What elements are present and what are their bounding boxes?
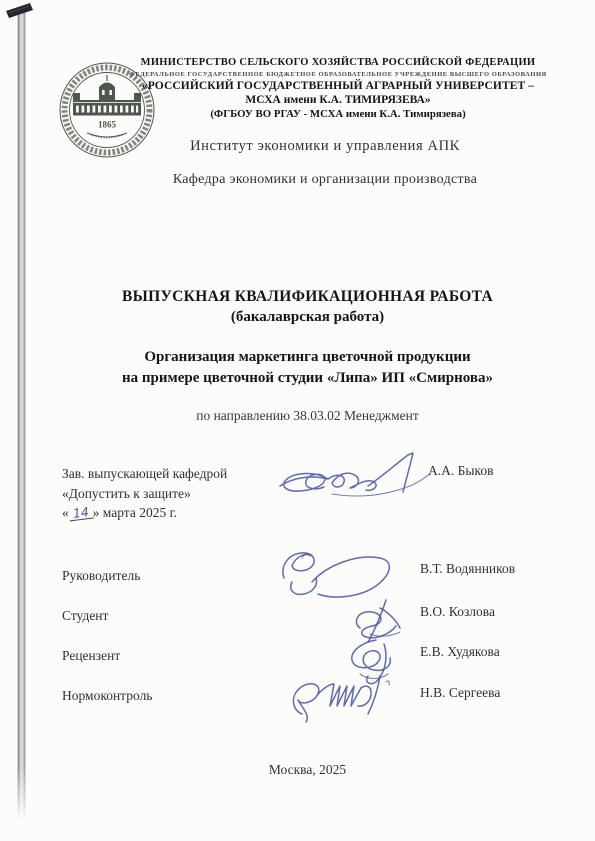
department-line: Кафедра экономики и организации производ… — [55, 172, 595, 188]
date-close-text: » марта 2025 г. — [93, 505, 177, 520]
document-page: 1865 МИНИСТЕРСТВО СЕЛЬСКОГО ХОЗЯЙСТВА РО… — [0, 0, 595, 841]
approval-signature-ink — [272, 450, 442, 508]
university-abbrev: (ФГБОУ ВО РГАУ - МСХА имени К.А. Тимиряз… — [118, 108, 558, 120]
handwritten-day: 14 — [68, 506, 93, 522]
role-normcontrol: Нормоконтроль — [62, 688, 152, 704]
name-student: В.О. Козлова — [420, 604, 495, 620]
university-name-line1: «РОССИЙСКИЙ ГОСУДАРСТВЕННЫЙ АГРАРНЫЙ УНИ… — [118, 80, 558, 92]
program-line: по направлению 38.03.02 Менеджмент — [20, 408, 595, 424]
approval-date-line: «14» марта 2025 г. — [62, 503, 227, 523]
date-open-quote: « — [62, 505, 69, 520]
role-student: Студент — [62, 608, 108, 624]
normcontrol-signature-ink — [280, 670, 425, 726]
role-supervisor: Руководитель — [62, 568, 140, 584]
thesis-title-line2: на примере цветочной студии «Липа» ИП «С… — [20, 370, 595, 387]
name-supervisor: В.Т. Водянников — [420, 561, 515, 577]
name-normcontrol: Н.В. Сергеева — [420, 685, 500, 701]
institute-line: Институт экономики и управления АПК — [55, 138, 595, 155]
thesis-title-line1: Организация маркетинга цветочной продукц… — [20, 349, 595, 366]
federal-agency-line: ФЕДЕРАЛЬНОЕ ГОСУДАРСТВЕННОЕ БЮДЖЕТНОЕ ОБ… — [118, 71, 558, 78]
university-name-line2: МСХА имени К.А. ТИМИРЯЗЕВА» — [118, 94, 558, 106]
work-type-title: ВЫПУСКНАЯ КВАЛИФИКАЦИОННАЯ РАБОТА — [20, 288, 595, 306]
work-subtype: (бакалаврская работа) — [20, 309, 595, 326]
name-reviewer: Е.В. Худякова — [420, 644, 500, 660]
ministry-line: МИНИСТЕРСТВО СЕЛЬСКОГО ХОЗЯЙСТВА РОССИЙС… — [118, 57, 558, 68]
approval-line2: «Допустить к защите» — [62, 484, 227, 504]
seal-year: 1865 — [98, 120, 117, 130]
approval-line1: Зав. выпускающей кафедрой — [62, 464, 227, 484]
role-reviewer: Рецензент — [62, 648, 120, 664]
approval-block: Зав. выпускающей кафедрой «Допустить к з… — [62, 464, 227, 523]
city-year-line: Москва, 2025 — [20, 762, 595, 778]
